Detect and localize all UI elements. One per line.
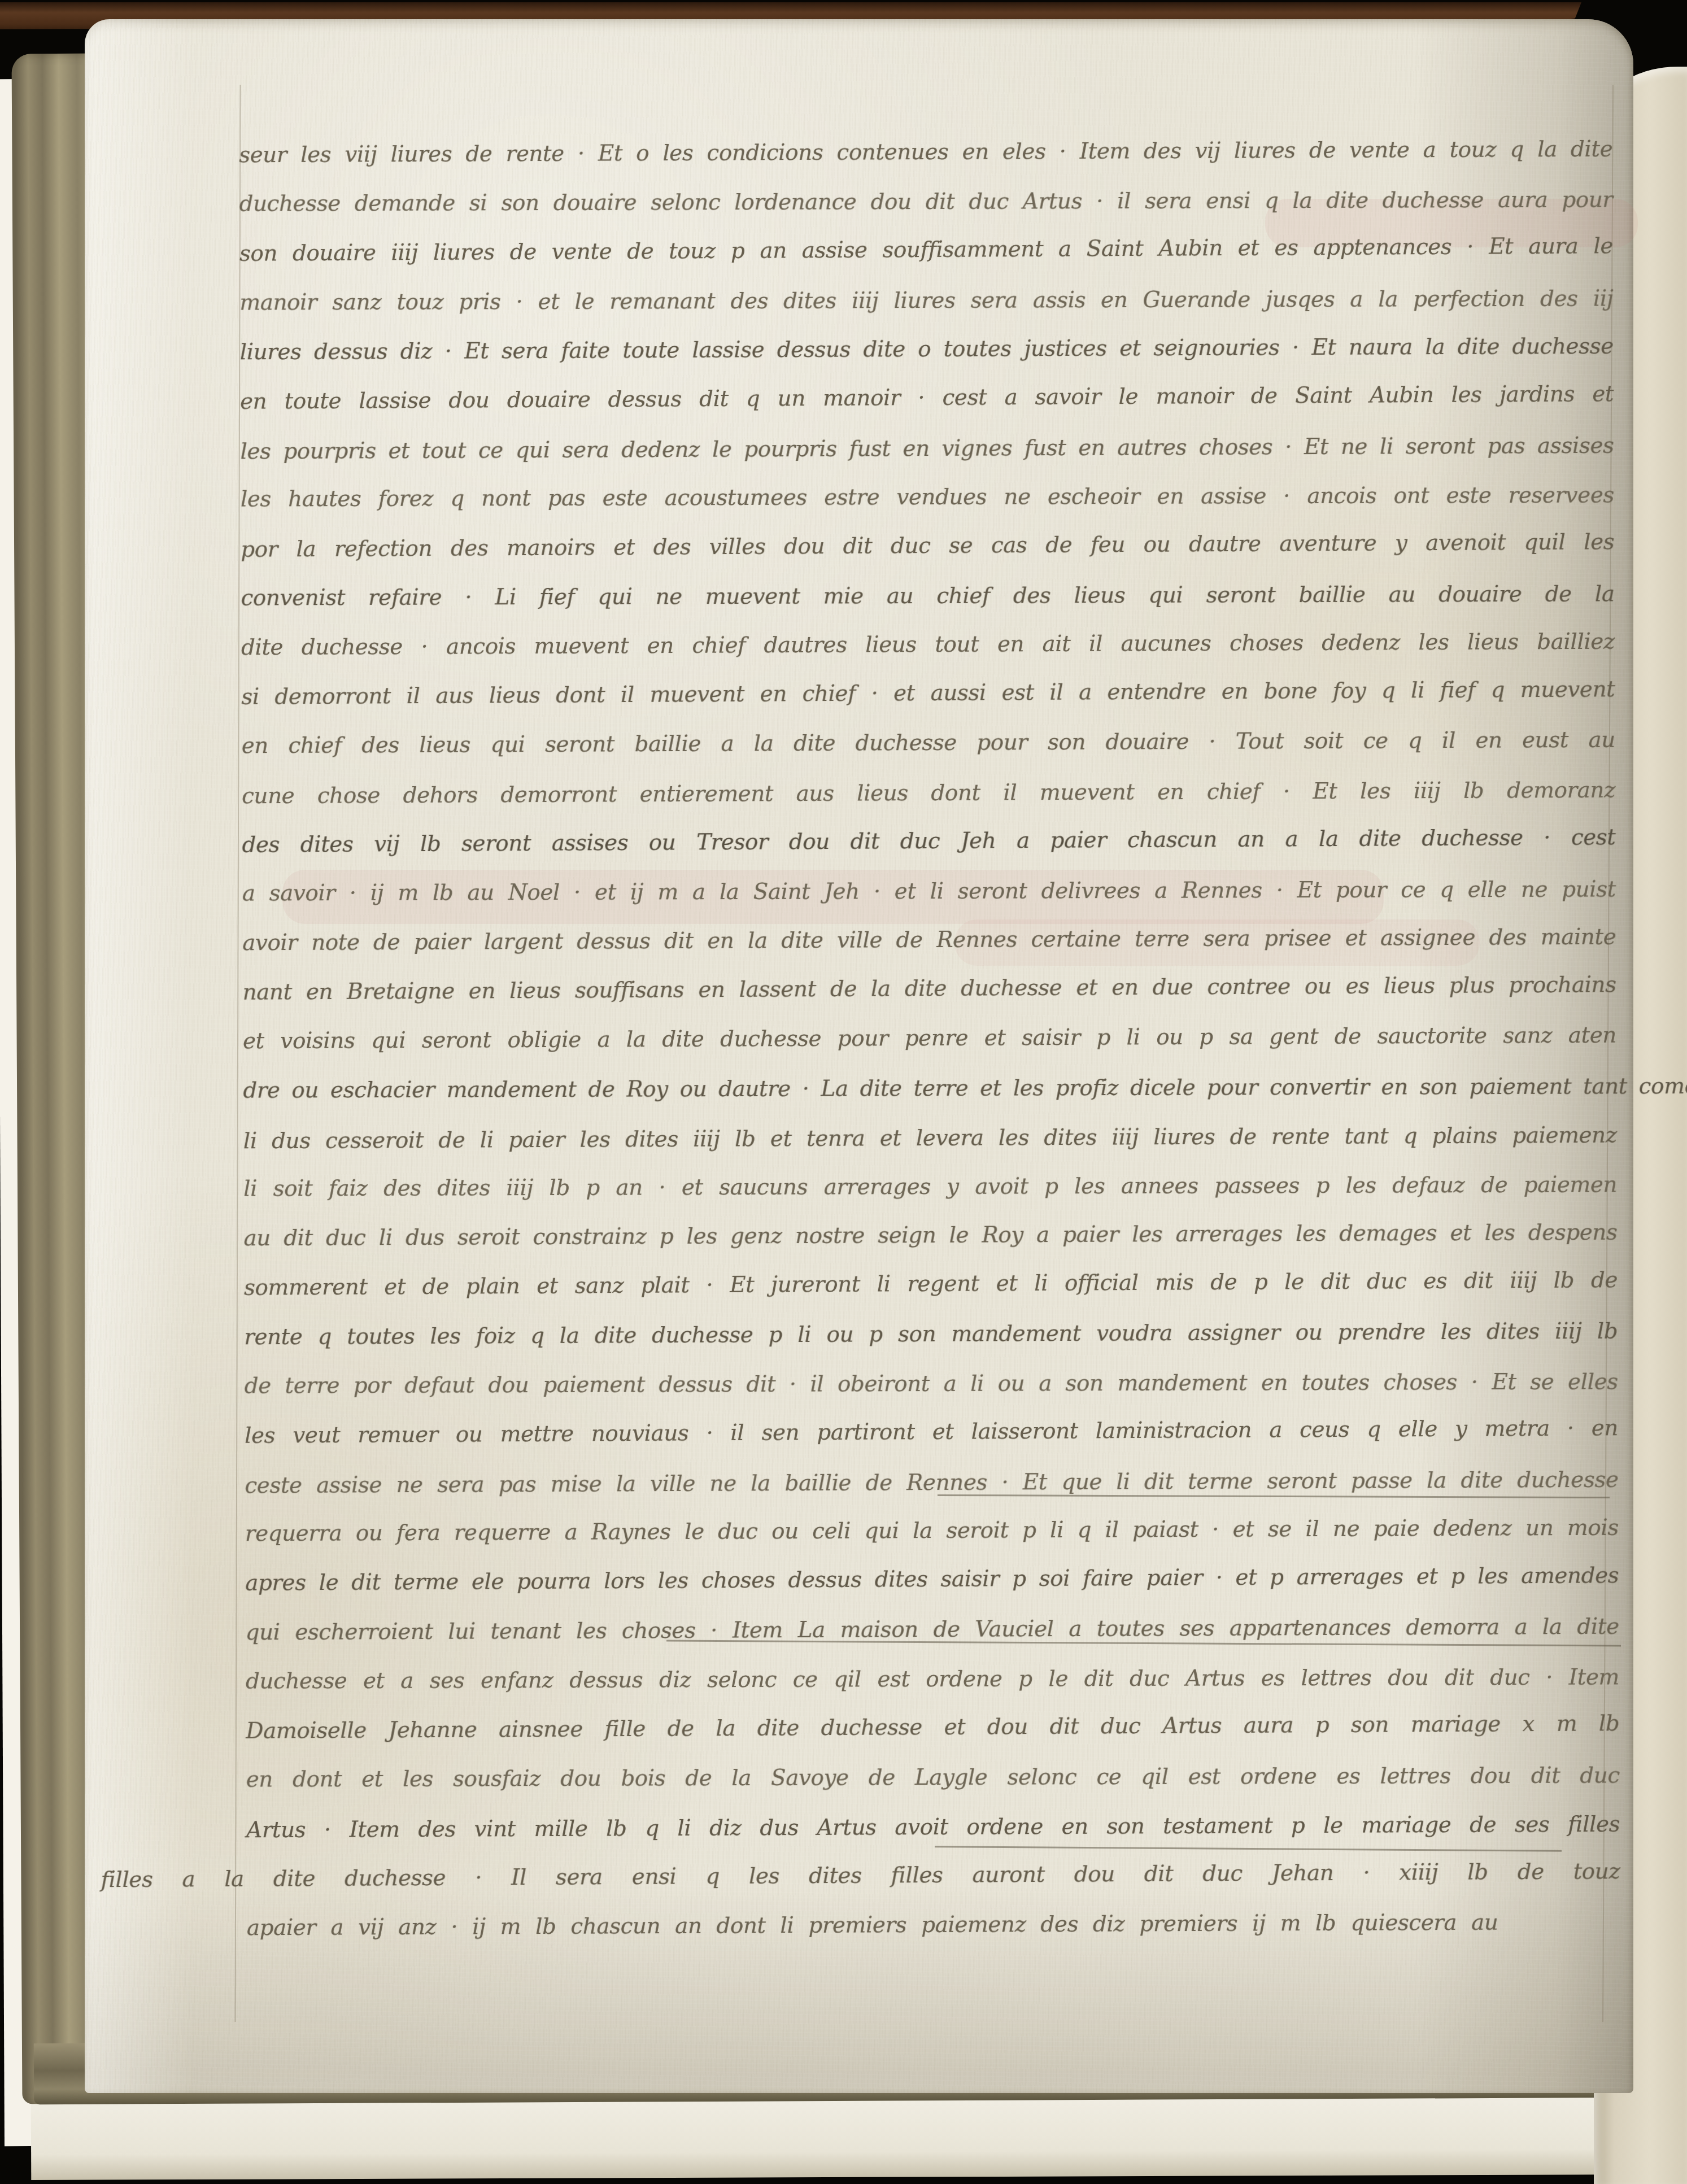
- manuscript-text-line: duchesse et a ses enfanz dessus diz selo…: [246, 1653, 1619, 1706]
- manuscript-text-line: apaier a vij anz · ij m lb chascun an do…: [247, 1897, 1620, 1952]
- manuscript-text-line: li soit faiz des dites iiij lb p an · et…: [243, 1160, 1617, 1213]
- manuscript-text-line: de terre por defaut dou paiement dessus …: [245, 1357, 1618, 1410]
- manuscript-text-line: cune chose dehors demorront entierement …: [242, 766, 1615, 821]
- manuscript-text-line: son douaire iiij liures de vente de touz…: [239, 222, 1613, 279]
- manuscript-text-line: des dites vij lb seront assises ou Treso…: [242, 813, 1615, 870]
- manuscript-text-line: au dit duc li dus seroit constrainz p le…: [243, 1208, 1617, 1263]
- manuscript-text-line: duchesse demande si son douaire selonc l…: [239, 176, 1612, 229]
- manuscript-text-line: convenist refaire · Li fief qui ne mueve…: [241, 569, 1614, 622]
- manuscript-text-block: seur les viij liures de rente · Et o les…: [239, 125, 1620, 1953]
- manuscript-text-line: seur les viij liures de rente · Et o les…: [239, 125, 1612, 180]
- manuscript-text-line: les veut remuer ou mettre nouviaus · il …: [245, 1403, 1618, 1461]
- manuscript-text-line: requerra ou fera requerre a Raynes le du…: [245, 1503, 1619, 1559]
- manuscript-text-line: qui escherroient lui tenant les choses ·…: [245, 1602, 1619, 1657]
- manuscript-text-line: por la refection des manoirs et des vill…: [241, 517, 1614, 574]
- manuscript-text-line: ceste assise ne sera pas mise la ville n…: [245, 1455, 1618, 1511]
- manuscript-text-line: les pourpris et tout ce qui sera dedenz …: [240, 421, 1614, 477]
- manuscript-text-line: rente q toutes les foiz q la dite duches…: [244, 1306, 1618, 1362]
- manuscript-text-line: nant en Bretaigne en lieus souffisans en…: [242, 960, 1616, 1017]
- manuscript-text-line: en toute lassise dou douaire dessus dit …: [240, 369, 1614, 426]
- manuscript-text-line: dre ou eschacier mandement de Roy ou dau…: [243, 1062, 1616, 1115]
- manuscript-text-line: avoir note de paier largent dessus dit e…: [242, 913, 1616, 968]
- manuscript-photo: seur les viij liures de rente · Et o les…: [0, 0, 1687, 2184]
- manuscript-text-line: Artus · Item des vint mille lb q li diz …: [246, 1800, 1620, 1855]
- manuscript-text-line: a savoir · ij m lb au Noel · et ij m a l…: [242, 865, 1616, 918]
- manuscript-text-line: apres le dit terme ele pourra lors les c…: [245, 1551, 1619, 1608]
- manuscript-text-line: filles a la dite duchesse · Il sera ensi…: [246, 1847, 1620, 1904]
- manuscript-text-line: en dont et les sousfaiz dou bois de la S…: [246, 1751, 1620, 1804]
- manuscript-text-line: si demorront il aus lieus dont il mueven…: [241, 665, 1615, 722]
- manuscript-text-line: sommerent et de plain et sanz plait · Et…: [244, 1256, 1618, 1313]
- manuscript-text-line: et voisins qui seront obligie a la dite …: [243, 1011, 1616, 1066]
- manuscript-text-line: li dus cesseroit de li paier les dites i…: [243, 1110, 1617, 1166]
- manuscript-text-line: en chief des lieus qui seront baillie a …: [242, 716, 1615, 771]
- manuscript-text-line: liures dessus diz · Et sera faite toute …: [239, 321, 1613, 377]
- manuscript-text-line: Damoiselle Jehanne ainsnee fille de la d…: [246, 1699, 1619, 1756]
- manuscript-text-line: manoir sanz touz pris · et le remanant d…: [239, 274, 1613, 327]
- manuscript-text-line: les hautes forez q nont pas este acoustu…: [241, 471, 1614, 524]
- manuscript-text-line: dite duchesse · ancois muevent en chief …: [241, 617, 1615, 673]
